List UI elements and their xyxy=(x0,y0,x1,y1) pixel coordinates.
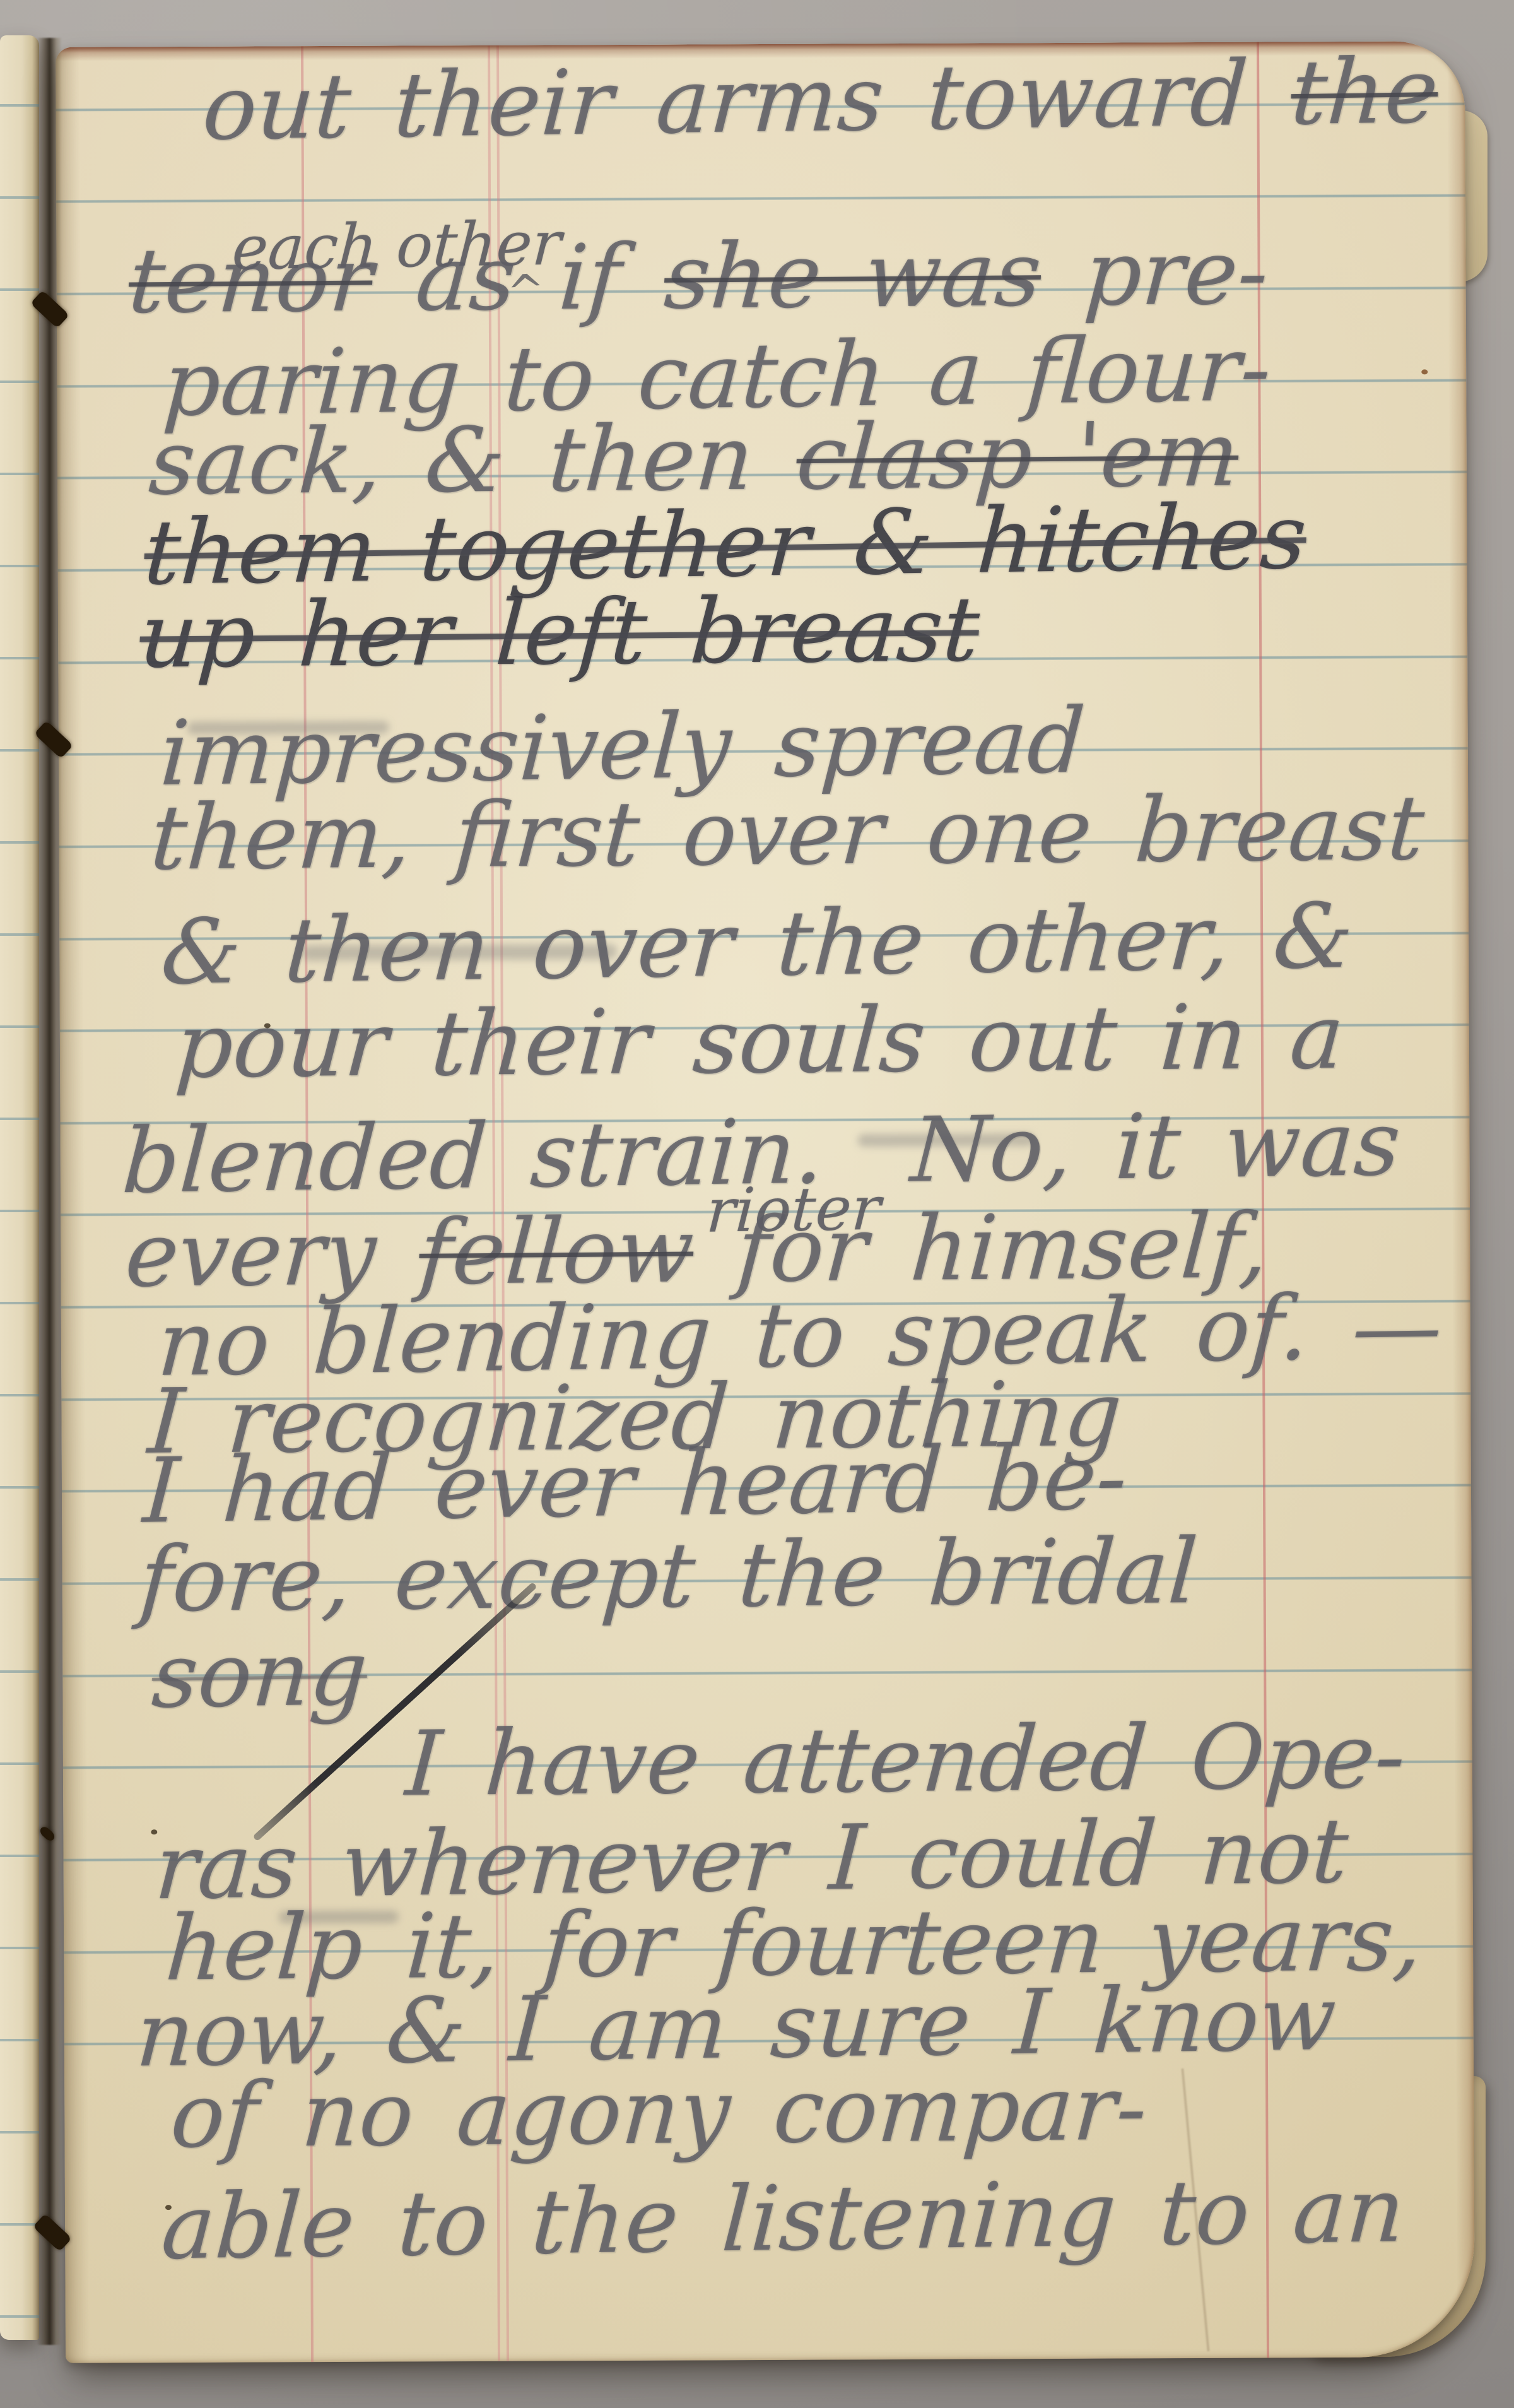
manuscript-line-10: pour their souls out in a xyxy=(173,988,1347,1096)
ms-seg: I have attended Ope- xyxy=(403,1704,1409,1816)
manuscript-line-23: able to the listening to an xyxy=(159,2161,1407,2277)
ms-seg-struck: tenor xyxy=(126,227,375,333)
ms-seg: pour their souls out in a xyxy=(173,985,1347,1099)
ms-seg: them, first over one breast xyxy=(148,776,1427,890)
manuscript-line-6: up her left breast xyxy=(137,581,982,686)
manuscript-line-1: out their arms toward the xyxy=(200,42,1440,158)
ms-seg: as if xyxy=(369,225,667,332)
photograph-of-notebook-page: out their arms toward the each other ^ t… xyxy=(0,0,1514,2408)
ms-seg: able to the listening to an xyxy=(159,2158,1407,2280)
manuscript-line-9: & then over the other, & xyxy=(158,887,1356,1003)
manuscript-line-17: song xyxy=(150,1624,370,1726)
ms-seg: fore, except the bridal xyxy=(136,1520,1200,1632)
facing-page-edge xyxy=(0,35,39,2340)
handwriting-layer: out their arms toward the each other ^ t… xyxy=(56,41,1475,2363)
ms-seg-struck: up her left breast xyxy=(137,577,982,688)
manuscript-line-2: tenor as if she was pre- xyxy=(126,223,1271,331)
ms-seg-struck: she was xyxy=(661,222,1044,329)
ms-seg: out their arms toward xyxy=(200,41,1294,160)
ms-seg-struck: the xyxy=(1288,41,1441,145)
ms-seg: of no agony compar- xyxy=(168,2057,1150,2168)
manuscript-line-22: of no agony compar- xyxy=(168,2060,1149,2166)
manuscript-line-18: I have attended Ope- xyxy=(403,1708,1408,1814)
notebook-page: out their arms toward the each other ^ t… xyxy=(56,41,1475,2363)
ms-seg-struck: song xyxy=(150,1621,370,1728)
manuscript-line-8: them, first over one breast xyxy=(148,779,1427,888)
binding-gutter xyxy=(37,38,62,2345)
manuscript-line-16: fore, except the bridal xyxy=(137,1523,1200,1629)
ms-seg: pre- xyxy=(1038,220,1271,326)
